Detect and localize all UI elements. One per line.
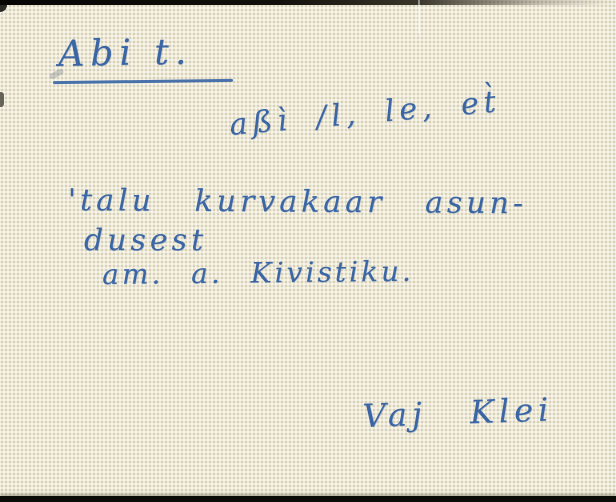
paper-crease: [418, 0, 420, 34]
scan-corner-top-left: [0, 0, 7, 12]
entry-line: aßì /l, le, et̀: [228, 84, 502, 143]
scanned-card: Abi t. aßì /l, le, et̀ 'talu kurvakaar a…: [0, 0, 616, 502]
stray-edge-mark: [0, 92, 4, 107]
body-line: dusest: [84, 223, 207, 258]
scan-edge-bottom: [0, 496, 616, 502]
title-underline: [53, 79, 233, 84]
scan-edge-top: [0, 0, 616, 5]
signature: Vaj Klei: [362, 390, 554, 435]
card-title: Abi t.: [58, 32, 193, 75]
body-line: am. a. Kivistiku.: [102, 255, 414, 291]
body-line: 'talu kurvakaar asun-: [68, 183, 527, 221]
